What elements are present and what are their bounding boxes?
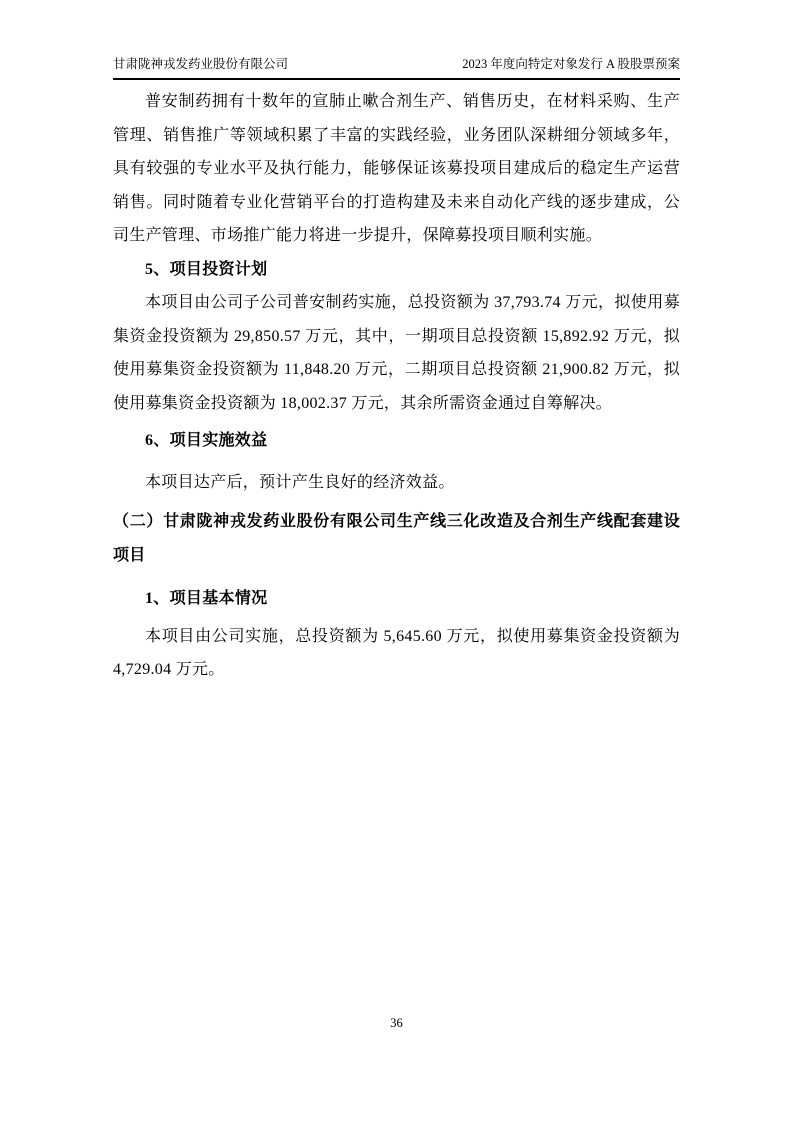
heading-project-basic-info: 1、项目基本情况 bbox=[113, 582, 680, 616]
header-company-name: 甘肃陇神戎发药业股份有限公司 bbox=[113, 55, 288, 73]
paragraph-investment-plan: 本项目由公司子公司普安制药实施，总投资额为 37,793.74 万元，拟使用募集… bbox=[113, 286, 680, 420]
header-doc-title: 2023 年度向特定对象发行 A 股股票预案 bbox=[462, 55, 680, 73]
document-page: 甘肃陇神戎发药业股份有限公司 2023 年度向特定对象发行 A 股股票预案 普安… bbox=[0, 0, 793, 1122]
paragraph-project-basic-info: 本项目由公司实施，总投资额为 5,645.60 万元，拟使用募集资金投资额为 4… bbox=[113, 620, 680, 687]
page-body: 普安制药拥有十数年的宣肺止嗽合剂生产、销售历史，在材料采购、生产管理、销售推广等… bbox=[113, 85, 680, 687]
heading-section-two-project: （二）甘肃陇神戎发药业股份有限公司生产线三化改造及合剂生产线配套建设项目 bbox=[113, 505, 680, 572]
heading-investment-plan: 5、项目投资计划 bbox=[113, 253, 680, 287]
paragraph-project-overview: 普安制药拥有十数年的宣肺止嗽合剂生产、销售历史，在材料采购、生产管理、销售推广等… bbox=[113, 85, 680, 253]
page-footer: 36 bbox=[0, 1016, 793, 1031]
page-header: 甘肃陇神戎发药业股份有限公司 2023 年度向特定对象发行 A 股股票预案 bbox=[113, 55, 680, 80]
paragraph-implementation-benefit: 本项目达产后，预计产生良好的经济效益。 bbox=[113, 466, 680, 500]
heading-implementation-benefit: 6、项目实施效益 bbox=[113, 424, 680, 458]
page-number: 36 bbox=[390, 1016, 403, 1030]
